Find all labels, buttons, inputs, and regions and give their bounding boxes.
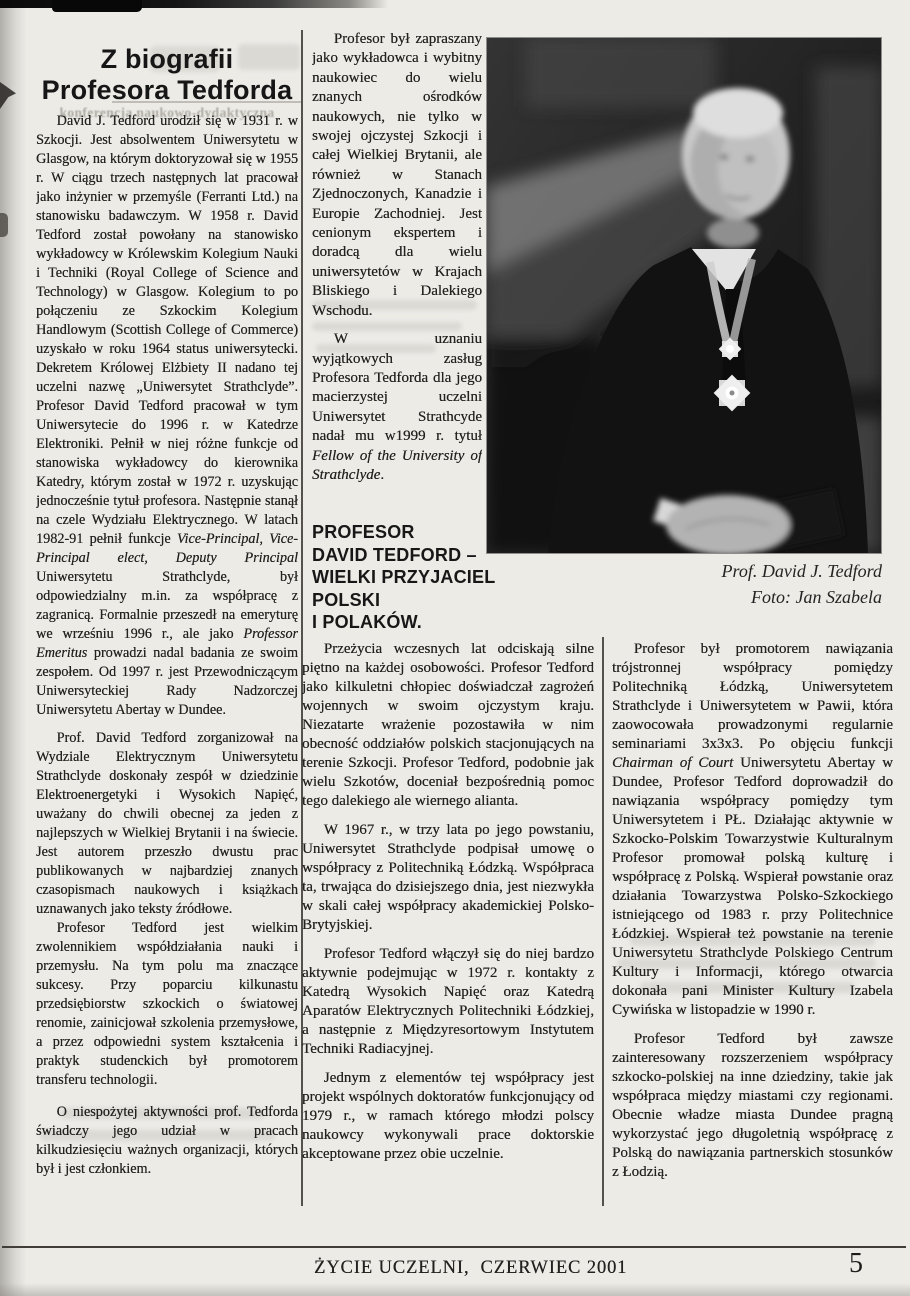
photo-medal-star-small <box>719 338 742 361</box>
paragraph: W uznaniu wyjątkowych zasług Profesora T… <box>312 330 482 485</box>
column-divider <box>602 637 604 1206</box>
column-left-biography: David J. Tedford urodził się w 1931 r. w… <box>36 112 298 1232</box>
section-heading-line: POLSKI <box>312 589 507 612</box>
paragraph: Profesor Tedford jest wielkim zwolenniki… <box>36 919 298 1090</box>
article-title: Z biografii Profesora Tedforda <box>36 44 298 106</box>
footer-rule <box>2 1246 906 1248</box>
photo-caption-line1: Prof. David J. Tedford <box>486 558 882 584</box>
scan-gutter-shadow <box>0 0 26 1296</box>
tedford-photo-graphic <box>486 37 882 554</box>
photo-caption-line2: Foto: Jan Szabela <box>486 584 882 610</box>
column-right: Profesor był promotorem nawiązania trójs… <box>612 640 893 1232</box>
section-heading-line: I POLAKÓW. <box>312 611 507 634</box>
footer-journal-title: ŻYCIE UCZELNI, CZERWIEC 2001 <box>314 1258 627 1279</box>
scan-edge-mark <box>0 213 8 237</box>
paragraph: Profesor Tedford włączył się do niej bar… <box>302 945 594 1059</box>
paragraph: W 1967 r., w trzy lata po jego powstaniu… <box>302 821 594 935</box>
section-heading-line: DAVID TEDFORD – <box>312 544 507 567</box>
footer-page-number: 5 <box>849 1248 863 1280</box>
paragraph: Prof. David Tedford zorganizował na Wydz… <box>36 729 298 919</box>
article-title-line2: Profesora Tedforda <box>36 75 298 106</box>
scan-edge-strip-dark <box>52 0 142 12</box>
column-middle-bottom: Przeżycia wczesnych lat odciskają silne … <box>302 640 594 1232</box>
scan-bottom-shadow <box>0 1283 910 1296</box>
photo-medal-star-large <box>714 375 751 412</box>
section-heading-line: PROFESOR <box>312 521 507 544</box>
tedford-photo <box>486 37 882 554</box>
photo-caption: Prof. David J. Tedford Foto: Jan Szabela <box>486 558 882 610</box>
section-heading-line: WIELKI PRZYJACIEL <box>312 566 507 589</box>
section-heading: PROFESOR DAVID TEDFORD – WIELKI PRZYJACI… <box>312 521 507 643</box>
paragraph: Profesor Tedford był zawsze zainteresowa… <box>612 1030 893 1182</box>
column-middle-top: Profesor był zapraszany jako wykładowca … <box>312 30 482 522</box>
paragraph: David J. Tedford urodził się w 1931 r. w… <box>36 112 298 720</box>
article-title-line1: Z biografii <box>36 44 298 75</box>
paragraph: O niespożytej aktywności prof. Tedforda … <box>36 1103 298 1179</box>
paragraph: Jednym z elementów tej współpracy jest p… <box>302 1069 594 1164</box>
paragraph: Przeżycia wczesnych lat odciskają silne … <box>302 640 594 811</box>
paragraph: Profesor był promotorem nawiązania trójs… <box>612 640 893 1020</box>
paragraph: Profesor był zapraszany jako wykładowca … <box>312 30 482 321</box>
scanned-magazine-page: konferencja naukowo-dydaktyczna Z biogra… <box>0 0 910 1296</box>
